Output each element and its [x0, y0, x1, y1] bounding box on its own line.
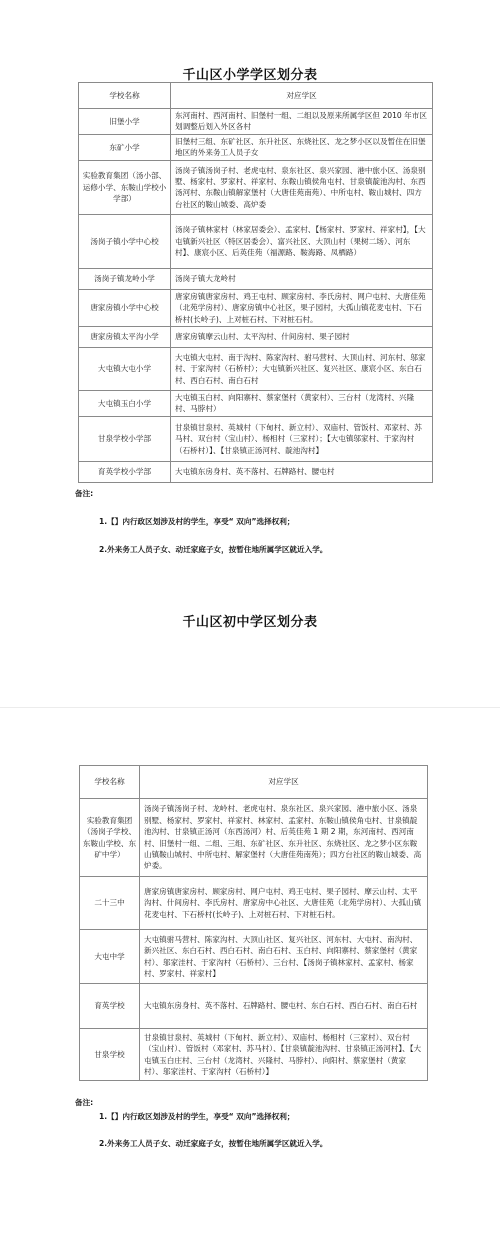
school-zone: 大屯镇东房身村、英不落村、石牌路村、腰屯村	[171, 461, 433, 482]
school-zone: 大屯镇驸马营村、陈家沟村、大顶山社区、复兴社区、河东村、大屯村、南沟村、新兴社区…	[140, 930, 428, 984]
school-name: 大屯镇玉白小学	[79, 391, 171, 417]
middle-zone-table: 学校名称 对应学区 实验教育集团（汤岗子学校、东鞍山学校、东矿中学） 汤岗子镇汤…	[79, 765, 428, 1081]
table-row: 旧堡小学 东河南村、西河南村、旧堡村一组、二组以及原来所属学区但 2010 年市…	[79, 109, 433, 135]
notes-label: 备注:	[75, 1097, 455, 1108]
school-zone: 大屯镇东房身村、英不落村、石牌路村、腰屯村、东白石村、西白石村、南白石村	[140, 984, 428, 1029]
school-zone: 唐家房镇唐家房村、鸡王屯村、顾家房村、李氏房村、网户屯村、大唐佳苑（北苑学房村）…	[171, 289, 433, 326]
column-header-area: 对应学区	[140, 766, 428, 799]
table-row: 唐家房镇太平沟小学 唐家房镇摩云山村、太平沟村、什间房村、果子园村	[79, 327, 433, 348]
table-row: 大屯镇玉白小学 大屯镇玉白村、向阳寨村、蔡家堡村（黄家村）、三台村（龙湾村、兴隆…	[79, 391, 433, 417]
document-page-middle: 学校名称 对应学区 实验教育集团（汤岗子学校、东鞍山学校、东矿中学） 汤岗子镇汤…	[0, 707, 500, 1242]
school-name: 唐家房镇太平沟小学	[79, 327, 171, 348]
note-item: 2.外来务工人员子女、动迁家庭子女，按暂住地所属学区就近入学。	[75, 1138, 455, 1149]
table-header-row: 学校名称 对应学区	[80, 766, 428, 799]
table-row: 实验教育集团（汤小部、运修小学、东鞍山学校小学部） 汤岗子镇汤岗子村、老虎屯村、…	[79, 160, 433, 214]
school-name: 汤岗子镇小学中心校	[79, 214, 171, 268]
primary-zone-table: 学校名称 对应学区 旧堡小学 东河南村、西河南村、旧堡村一组、二组以及原来所属学…	[78, 82, 433, 483]
school-name: 大屯中学	[80, 930, 140, 984]
school-zone: 汤岗子镇大龙岭村	[171, 268, 433, 289]
notes-label: 备注:	[75, 488, 455, 499]
school-name: 旧堡小学	[79, 109, 171, 135]
table-row: 育英学校 大屯镇东房身村、英不落村、石牌路村、腰屯村、东白石村、西白石村、南白石…	[80, 984, 428, 1029]
note-item: 1.【】内行政区划涉及村的学生，享受“ 双向”选择权利；	[75, 1111, 455, 1122]
page-title-primary: 千山区小学学区划分表	[0, 64, 500, 83]
table-row: 汤岗子镇龙岭小学 汤岗子镇大龙岭村	[79, 268, 433, 289]
school-zone: 大屯镇大屯村、南于沟村、陈家沟村、驸马营村、大顶山村、河东村、邬家村、于家沟村（…	[171, 348, 433, 391]
column-header-school: 学校名称	[79, 83, 171, 109]
school-name: 育英学校	[80, 984, 140, 1029]
table-header-row: 学校名称 对应学区	[79, 83, 433, 109]
column-header-school: 学校名称	[80, 766, 140, 799]
table-row: 二十三中 唐家房镇唐家房村、顾家房村、网户屯村、鸡王屯村、果子园村、摩云山村、太…	[80, 877, 428, 930]
school-zone: 东河南村、西河南村、旧堡村一组、二组以及原来所属学区但 2010 年市区划调整后…	[171, 109, 433, 135]
school-name: 实验教育集团（汤岗子学校、东鞍山学校、东矿中学）	[80, 799, 140, 877]
school-zone: 唐家房镇唐家房村、顾家房村、网户屯村、鸡王屯村、果子园村、摩云山村、太平沟村、什…	[140, 877, 428, 930]
school-zone: 甘泉镇甘泉村、英城村（下甸村、新立村）、双庙村、杨相村（三家村）、双台村（宝山村…	[140, 1029, 428, 1081]
school-name: 实验教育集团（汤小部、运修小学、东鞍山学校小学部）	[79, 160, 171, 214]
school-zone: 汤岗子镇汤岗子村、老虎屯村、泉东社区、泉兴家园、港中旅小区、汤泉别墅、杨家村、罗…	[171, 160, 433, 214]
primary-notes: 备注: 1.【】内行政区划涉及村的学生，享受“ 双向”选择权利； 2.外来务工人…	[75, 488, 455, 555]
school-zone: 唐家房镇摩云山村、太平沟村、什间房村、果子园村	[171, 327, 433, 348]
middle-notes: 备注: 1.【】内行政区划涉及村的学生，享受“ 双向”选择权利； 2.外来务工人…	[75, 1097, 455, 1149]
school-zone: 甘泉镇甘泉村、英城村（下甸村、新立村）、双庙村、管饭村、邓家村、苏马村、双台村（…	[171, 416, 433, 461]
school-zone: 汤岗子镇汤岗子村、龙岭村、老虎屯村、泉东社区、泉兴家园、港中旅小区、汤泉别墅、杨…	[140, 799, 428, 877]
column-header-area: 对应学区	[171, 83, 433, 109]
table-row: 育英学校小学部 大屯镇东房身村、英不落村、石牌路村、腰屯村	[79, 461, 433, 482]
school-name: 甘泉学校	[80, 1029, 140, 1081]
school-zone: 大屯镇玉白村、向阳寨村、蔡家堡村（黄家村）、三台村（龙湾村、兴隆村、马脖村）	[171, 391, 433, 417]
note-item: 1.【】内行政区划涉及村的学生，享受“ 双向”选择权利；	[75, 516, 455, 527]
table-row: 汤岗子镇小学中心校 汤岗子镇林家村（林家居委会）、孟家村、【杨家村、罗家村、祥家…	[79, 214, 433, 268]
school-name: 唐家房镇小学中心校	[79, 289, 171, 326]
table-row: 大屯镇大屯小学 大屯镇大屯村、南于沟村、陈家沟村、驸马营村、大顶山村、河东村、邬…	[79, 348, 433, 391]
school-name: 大屯镇大屯小学	[79, 348, 171, 391]
table-row: 唐家房镇小学中心校 唐家房镇唐家房村、鸡王屯村、顾家房村、李氏房村、网户屯村、大…	[79, 289, 433, 326]
table-row: 东矿小学 旧堡村三组、东矿社区、东升社区、东烧社区、龙之梦小区以及暂住在旧堡地区…	[79, 134, 433, 160]
school-zone: 汤岗子镇林家村（林家居委会）、孟家村、【杨家村、罗家村、祥家村】，【大屯镇新兴社…	[171, 214, 433, 268]
school-name: 二十三中	[80, 877, 140, 930]
table-row: 实验教育集团（汤岗子学校、东鞍山学校、东矿中学） 汤岗子镇汤岗子村、龙岭村、老虎…	[80, 799, 428, 877]
table-row: 甘泉学校 甘泉镇甘泉村、英城村（下甸村、新立村）、双庙村、杨相村（三家村）、双台…	[80, 1029, 428, 1081]
school-name: 汤岗子镇龙岭小学	[79, 268, 171, 289]
document-page-primary: 千山区小学学区划分表 学校名称 对应学区 旧堡小学 东河南村、西河南村、旧堡村一…	[0, 0, 500, 707]
note-item: 2.外来务工人员子女、动迁家庭子女，按暂住地所属学区就近入学。	[75, 544, 455, 555]
table-row: 大屯中学 大屯镇驸马营村、陈家沟村、大顶山社区、复兴社区、河东村、大屯村、南沟村…	[80, 930, 428, 984]
table-row: 甘泉学校小学部 甘泉镇甘泉村、英城村（下甸村、新立村）、双庙村、管饭村、邓家村、…	[79, 416, 433, 461]
school-name: 育英学校小学部	[79, 461, 171, 482]
school-name: 甘泉学校小学部	[79, 416, 171, 461]
page-title-middle: 千山区初中学区划分表	[0, 611, 500, 630]
school-name: 东矿小学	[79, 134, 171, 160]
school-zone: 旧堡村三组、东矿社区、东升社区、东烧社区、龙之梦小区以及暂住在旧堡地区的外来务工…	[171, 134, 433, 160]
